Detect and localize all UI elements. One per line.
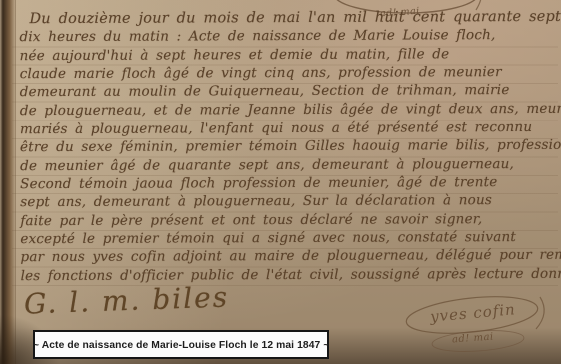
officer-signature-block: yves cofin ad! mai (400, 293, 555, 357)
act-text-line: claude marie floch âgé de vingt cinq ans… (20, 63, 559, 84)
act-text-line: sept ans, demeurant à plouguerneau, Sur … (20, 191, 559, 212)
act-text-line: Second témoin jaoua floch profession de … (20, 173, 559, 194)
act-text-line: mariés à plouguerneau, l'enfant qui nous… (20, 118, 559, 139)
act-text-line: demeurant au moulin de Guiquerneau, Sect… (20, 81, 559, 102)
act-text-line: de meunier âgé de quarante sept ans, dem… (20, 155, 559, 176)
caption-text: ~ Acte de naissance de Marie-Louise Floc… (33, 339, 329, 351)
act-text: Du douzième jour du mois de mai l'an mil… (19, 8, 559, 286)
act-text-line: de plouguerneau, et de marie Jeanne bili… (20, 100, 559, 121)
act-text-line: née aujourd'hui à sept heures et demie d… (20, 45, 559, 66)
act-text-line: par nous yves cofin adjoint au maire de … (20, 246, 559, 267)
act-text-line: Du douzième jour du mois de mai l'an mil… (19, 8, 558, 29)
margin-rule-line (15, 0, 16, 364)
act-text-line: dix heures du matin : Acte de naissance … (19, 26, 558, 47)
birth-record-photo: ad! mai Du douzième jour du mois de mai … (0, 0, 561, 364)
witness-signature: G. l. m. biles (23, 280, 229, 320)
act-text-line: excepté le premier témoin qui a signé av… (20, 228, 559, 249)
caption-box: ~ Acte de naissance de Marie-Louise Floc… (33, 330, 329, 359)
act-text-line: les fonctions d'officier public de l'éta… (21, 265, 560, 286)
act-text-line: faite par le père présent et ont tous dé… (20, 210, 559, 231)
act-text-line: être du sexe féminin, premier témoin Gil… (20, 136, 559, 157)
